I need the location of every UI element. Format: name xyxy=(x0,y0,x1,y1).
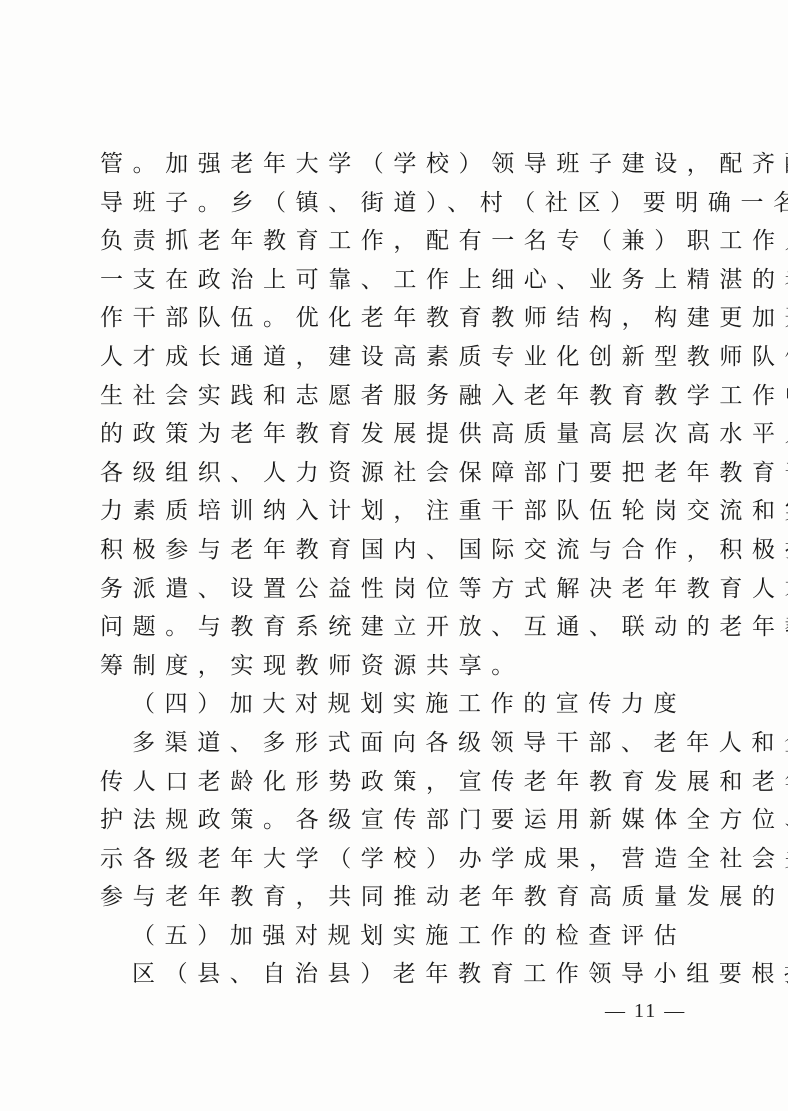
body-text: 管。加强老年大学（学校）领导班子建设，配齐配强学校领 导班子。乡（镇、街道）、村… xyxy=(100,145,700,994)
text-line: 传人口老龄化形势政策，宣传老年教育发展和老年人权益保 xyxy=(100,763,700,802)
text-line: 人才成长通道，建设高素质专业化创新型教师队伍。将大学 xyxy=(100,338,700,377)
section-heading-5: （五）加强对规划实施工作的检查评估 xyxy=(100,917,700,956)
text-line: 参与老年教育，共同推动老年教育高质量发展的良好氛围。 xyxy=(100,878,700,917)
text-line: 导班子。乡（镇、街道）、村（社区）要明确一名班子成员 xyxy=(100,184,700,223)
text-line: 积极参与老年教育国内、国际交流与合作，积极探索通过劳 xyxy=(100,531,700,570)
text-line: 的政策为老年教育发展提供高质量高层次高水平人才支撑。 xyxy=(100,415,700,454)
text-line: 示各级老年大学（学校）办学成果，营造全社会关心、支持、 xyxy=(100,840,700,879)
text-line: 生社会实践和志愿者服务融入老年教育教学工作中，以积极 xyxy=(100,377,700,416)
paragraph-first-line: 区（县、自治县）老年教育工作领导小组要根据本规划 xyxy=(100,955,700,994)
paragraph-first-line: 多渠道、多形式面向各级领导干部、老年人和全社会宣 xyxy=(100,724,700,763)
text-line: 筹制度，实现教师资源共享。 xyxy=(100,647,700,686)
text-line: 问题。与教育系统建立开放、互通、联动的老年教育教师统 xyxy=(100,608,700,647)
text-line: 各级组织、人力资源社会保障部门要把老年教育干部队伍能 xyxy=(100,454,700,493)
text-line: 务派遣、设置公益性岗位等方式解决老年教育人才队伍匮乏 xyxy=(100,570,700,609)
text-line: 力素质培训纳入计划，注重干部队伍轮岗交流和实践锻炼， xyxy=(100,492,700,531)
page-number: — 11 — xyxy=(605,1000,686,1023)
text-line: 作干部队伍。优化老年教育教师结构，构建更加开放畅通的 xyxy=(100,299,700,338)
text-line: 护法规政策。各级宣传部门要运用新媒体全方位、多维度展 xyxy=(100,801,700,840)
section-heading-4: （四）加大对规划实施工作的宣传力度 xyxy=(100,685,700,724)
text-line: 负责抓老年教育工作，配有一名专（兼）职工作人员。建立 xyxy=(100,222,700,261)
document-page: 管。加强老年大学（学校）领导班子建设，配齐配强学校领 导班子。乡（镇、街道）、村… xyxy=(0,0,788,1111)
text-line: 管。加强老年大学（学校）领导班子建设，配齐配强学校领 xyxy=(100,145,700,184)
text-line: 一支在政治上可靠、工作上细心、业务上精湛的老年教育工 xyxy=(100,261,700,300)
